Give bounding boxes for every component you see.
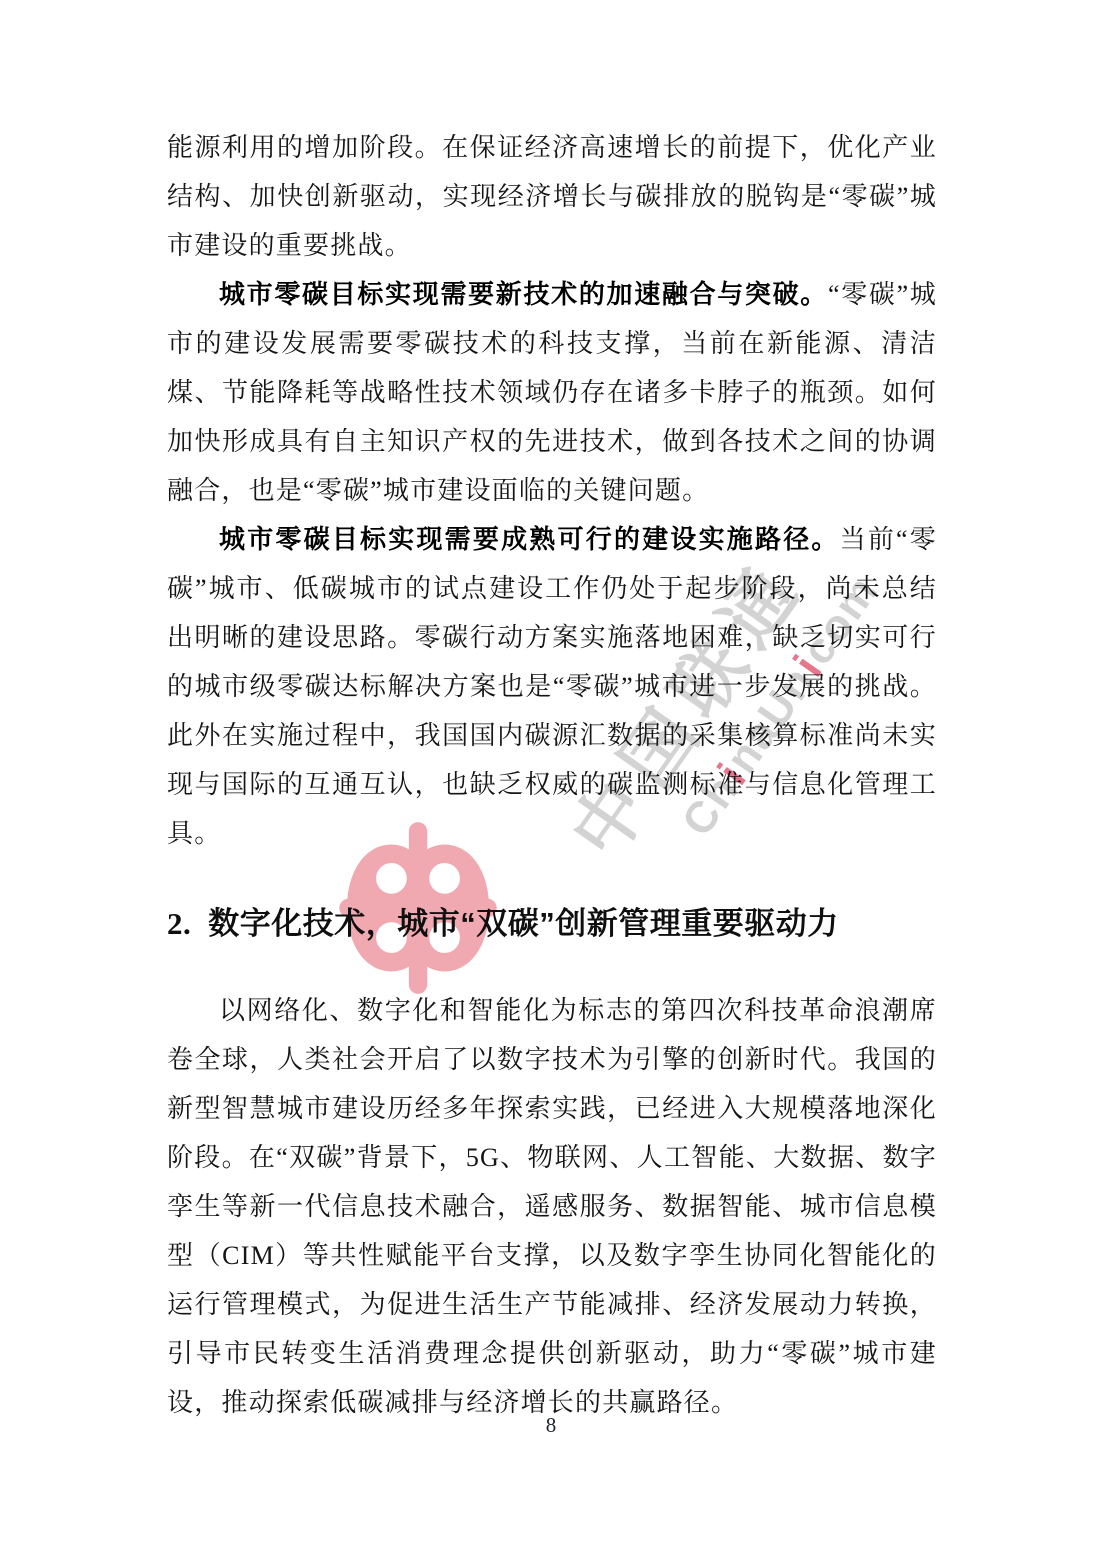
section-heading: 2. 数字化技术，城市“双碳”创新管理重要驱动力 bbox=[167, 903, 937, 945]
paragraph-bold-lead: 城市零碳目标实现需要成熟可行的建设实施路径。 bbox=[219, 525, 840, 554]
section-title: 数字化技术，城市“双碳”创新管理重要驱动力 bbox=[208, 903, 839, 945]
document-page: { "page": { "background": "#ffffff", "nu… bbox=[0, 0, 1102, 1559]
section-number: 2. bbox=[167, 903, 191, 945]
paragraph-continuation: 能源利用的增加阶段。在保证经济高速增长的前提下，优化产业结构、加快创新驱动，实现… bbox=[167, 123, 937, 270]
paragraph-bold-lead: 城市零碳目标实现需要新技术的加速融合与突破。 bbox=[219, 280, 828, 309]
paragraph-digital-technology: 以网络化、数字化和智能化为标志的第四次科技革命浪潮席卷全球，人类社会开启了以数字… bbox=[167, 986, 937, 1427]
paragraph-implementation-path: 城市零碳目标实现需要成熟可行的建设实施路径。当前“零碳”城市、低碳城市的试点建设… bbox=[167, 515, 937, 858]
paragraph-tech-fusion: 城市零碳目标实现需要新技术的加速融合与突破。“零碳”城市的建设发展需要零碳技术的… bbox=[167, 270, 937, 515]
page-number: 8 bbox=[0, 1413, 1102, 1438]
document-body: 能源利用的增加阶段。在保证经济高速增长的前提下，优化产业结构、加快创新驱动，实现… bbox=[167, 123, 937, 1427]
